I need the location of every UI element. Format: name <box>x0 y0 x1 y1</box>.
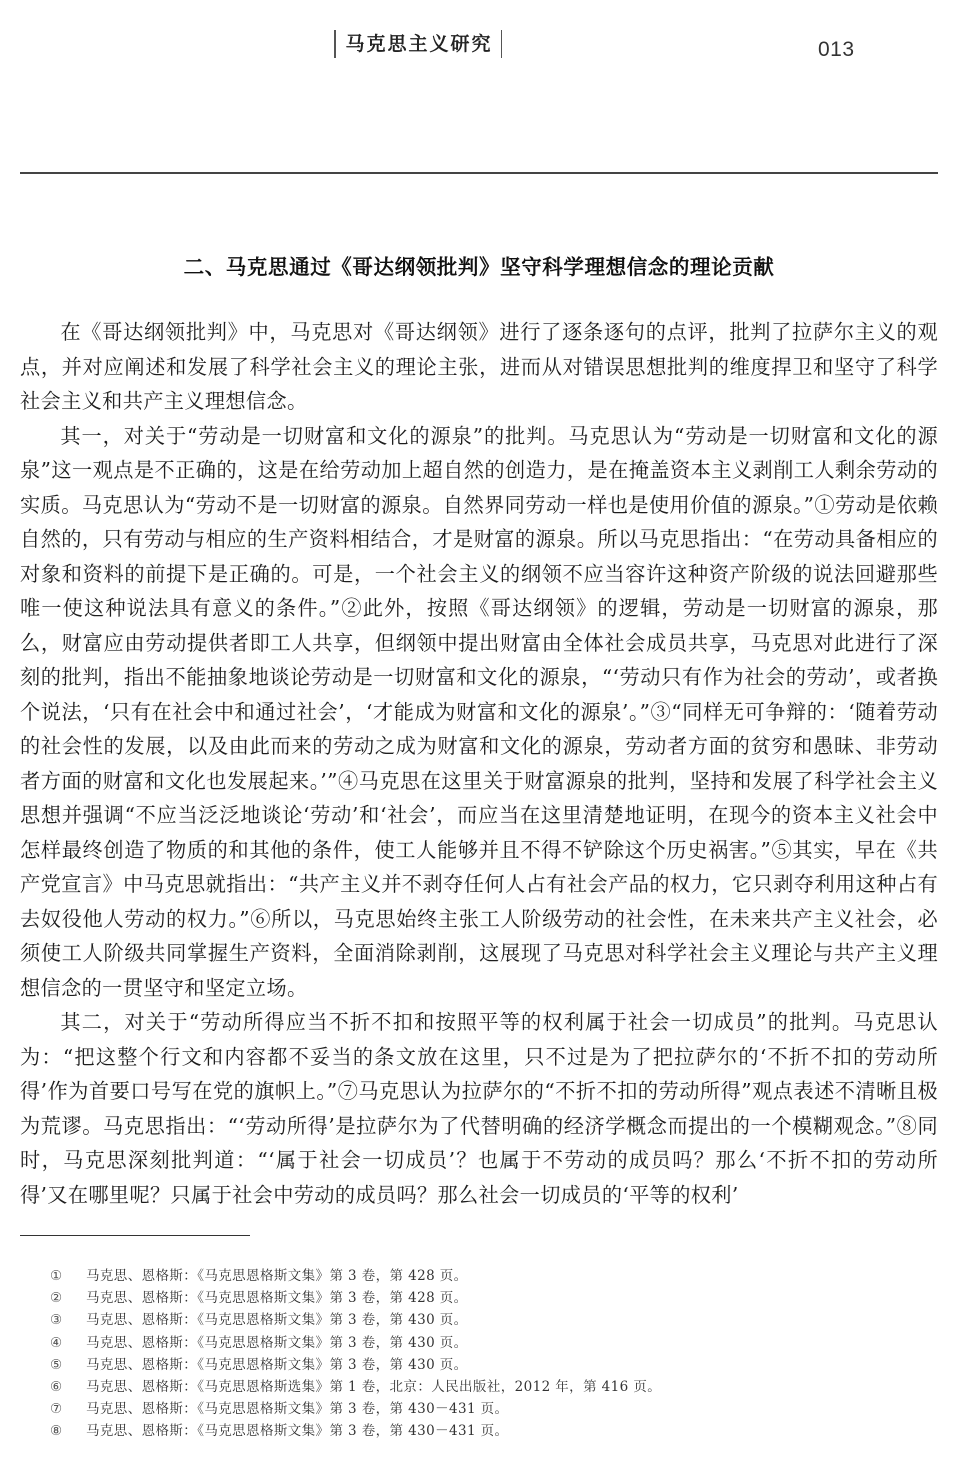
footnotes: ① 马克思、恩格斯：《马克思恩格斯文集》第 3 卷，第 428 页。 ② 马克思… <box>50 1265 930 1443</box>
footnote-text: 马克思、恩格斯：《马克思恩格斯文集》第 3 卷，第 430－431 页。 <box>86 1420 508 1442</box>
footnote-mark: ④ <box>50 1332 86 1354</box>
footnote-text: 马克思、恩格斯：《马克思恩格斯文集》第 3 卷，第 430 页。 <box>86 1332 468 1354</box>
running-head-right-bar <box>501 30 503 58</box>
footnote-item: ⑥ 马克思、恩格斯：《马克思恩格斯选集》第 1 卷，北京：人民出版社，2012 … <box>50 1376 930 1398</box>
footnote-mark: ⑥ <box>50 1376 86 1398</box>
footnote-mark: ③ <box>50 1309 86 1331</box>
footnote-text: 马克思、恩格斯：《马克思恩格斯文集》第 3 卷，第 430－431 页。 <box>86 1398 508 1420</box>
footnote-item: ② 马克思、恩格斯：《马克思恩格斯文集》第 3 卷，第 428 页。 <box>50 1287 930 1309</box>
footnote-divider <box>20 1235 250 1236</box>
footnote-item: ③ 马克思、恩格斯：《马克思恩格斯文集》第 3 卷，第 430 页。 <box>50 1309 930 1331</box>
journal-title: 马克思主义研究 <box>336 30 501 58</box>
footnote-mark: ① <box>50 1265 86 1287</box>
paragraph: 其二，对关于“劳动所得应当不折不扣和按照平等的权利属于社会一切成员”的批判。马克… <box>20 1005 938 1212</box>
footnote-text: 马克思、恩格斯：《马克思恩格斯选集》第 1 卷，北京：人民出版社，2012 年，… <box>86 1376 661 1398</box>
footnote-item: ⑦ 马克思、恩格斯：《马克思恩格斯文集》第 3 卷，第 430－431 页。 <box>50 1398 930 1420</box>
footnote-item: ⑧ 马克思、恩格斯：《马克思恩格斯文集》第 3 卷，第 430－431 页。 <box>50 1420 930 1442</box>
footnote-item: ① 马克思、恩格斯：《马克思恩格斯文集》第 3 卷，第 428 页。 <box>50 1265 930 1287</box>
footnote-mark: ⑤ <box>50 1354 86 1376</box>
paragraph: 在《哥达纲领批判》中，马克思对《哥达纲领》进行了逐条逐句的点评，批判了拉萨尔主义… <box>20 315 938 419</box>
footnote-item: ④ 马克思、恩格斯：《马克思恩格斯文集》第 3 卷，第 430 页。 <box>50 1332 930 1354</box>
footnote-mark: ② <box>50 1287 86 1309</box>
section-title: 二、马克思通过《哥达纲领批判》坚守科学理想信念的理论贡献 <box>0 250 958 280</box>
footnote-text: 马克思、恩格斯：《马克思恩格斯文集》第 3 卷，第 430 页。 <box>86 1354 468 1376</box>
footnote-item: ⑤ 马克思、恩格斯：《马克思恩格斯文集》第 3 卷，第 430 页。 <box>50 1354 930 1376</box>
article-body: 在《哥达纲领批判》中，马克思对《哥达纲领》进行了逐条逐句的点评，批判了拉萨尔主义… <box>20 315 938 1212</box>
running-head: 马克思主义研究 <box>334 30 502 58</box>
paragraph: 其一，对关于“劳动是一切财富和文化的源泉”的批判。马克思认为“劳动是一切财富和文… <box>20 419 938 1006</box>
header-divider <box>20 172 938 174</box>
footnote-text: 马克思、恩格斯：《马克思恩格斯文集》第 3 卷，第 428 页。 <box>86 1287 468 1309</box>
page-number: 013 <box>818 38 855 62</box>
footnote-text: 马克思、恩格斯：《马克思恩格斯文集》第 3 卷，第 430 页。 <box>86 1309 468 1331</box>
footnote-mark: ⑦ <box>50 1398 86 1420</box>
footnote-mark: ⑧ <box>50 1420 86 1442</box>
footnote-text: 马克思、恩格斯：《马克思恩格斯文集》第 3 卷，第 428 页。 <box>86 1265 468 1287</box>
